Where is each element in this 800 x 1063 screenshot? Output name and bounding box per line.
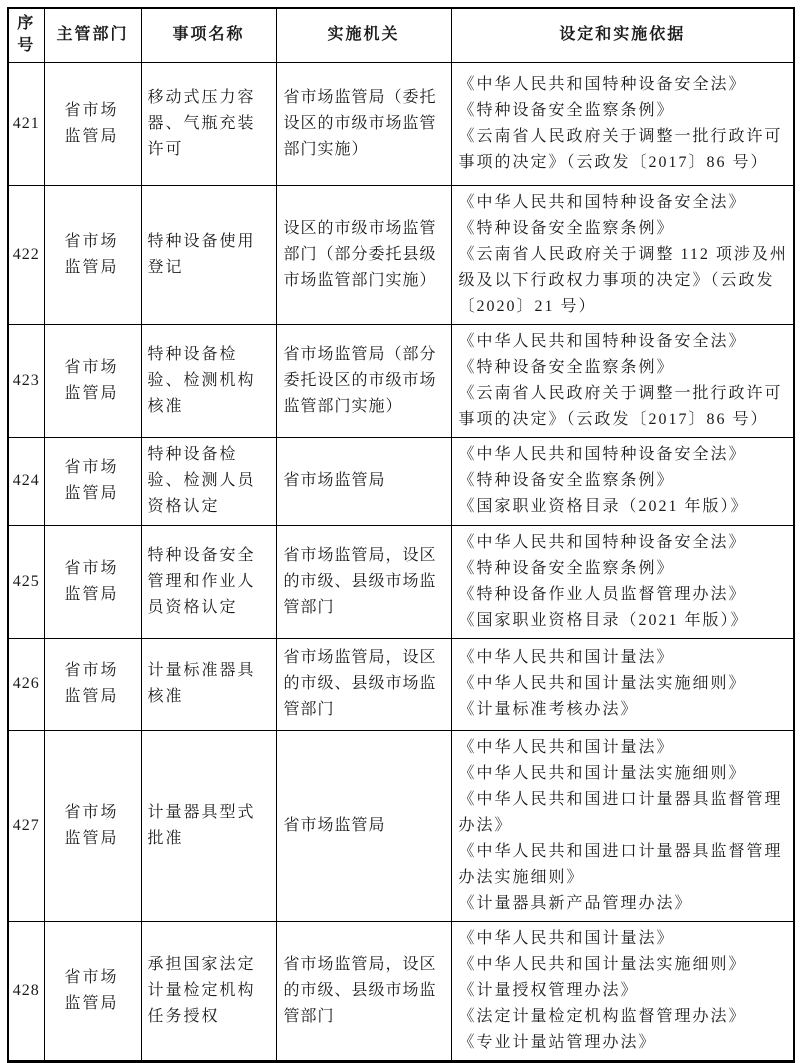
basis-line: 《法定计量检定机构监督管理办法》	[459, 1004, 790, 1030]
table-row: 426 省市场监管局 计量标准器具核准 省市场监管局，设区的市级、县级市场监管部…	[8, 638, 794, 730]
serial-number-cell: 428	[8, 921, 44, 1061]
basis-line: 《中华人民共和国计量法》	[459, 735, 790, 761]
department-text: 省市场监管局	[65, 556, 121, 608]
agency-cell: 设区的市级市场监管部门（部分委托县级市场监管部门实施）	[276, 185, 451, 324]
table-row: 422 省市场监管局 特种设备使用登记 设区的市级市场监管部门（部分委托县级市场…	[8, 185, 794, 324]
basis-cell: 《中华人民共和国计量法》《中华人民共和国计量法实施细则》《计量标准考核办法》	[451, 638, 794, 730]
department-cell: 省市场监管局	[44, 437, 141, 525]
basis-line: 《中华人民共和国进口计量器具监督管理办法》	[459, 787, 790, 839]
basis-line: 《国家职业资格目录（2021 年版）》	[459, 608, 790, 634]
basis-line: 《计量标准考核办法》	[459, 697, 790, 723]
department-cell: 省市场监管局	[44, 185, 141, 324]
item-name-cell: 特种设备检验、检测人员资格认定	[141, 437, 276, 525]
basis-line: 《中华人民共和国计量法》	[459, 926, 790, 952]
basis-line: 《特种设备安全监察条例》	[459, 556, 790, 582]
header-implementing-agency: 实施机关	[276, 8, 451, 62]
basis-line: 《中华人民共和国计量法实施细则》	[459, 952, 790, 978]
document-page: 序号 主管部门 事项名称 实施机关 设定和实施依据 421 省市场监管局 移动式…	[0, 0, 800, 1046]
department-cell: 省市场监管局	[44, 525, 141, 638]
serial-number-cell: 425	[8, 525, 44, 638]
table-row: 427 省市场监管局 计量器具型式批准 省市场监管局 《中华人民共和国计量法》《…	[8, 730, 794, 921]
basis-line: 《特种设备安全监察条例》	[459, 355, 790, 381]
agency-cell: 省市场监管局，设区的市级、县级市场监管部门	[276, 638, 451, 730]
department-text: 省市场监管局	[65, 658, 121, 710]
agency-cell: 省市场监管局（部分委托设区的市级市场监管部门实施）	[276, 324, 451, 437]
basis-line: 《中华人民共和国计量法实施细则》	[459, 761, 790, 787]
header-item-name: 事项名称	[141, 8, 276, 62]
department-text: 省市场监管局	[65, 965, 121, 1017]
serial-number-cell: 427	[8, 730, 44, 921]
basis-line: 《云南省人民政府关于调整一批行政许可事项的决定》（云政发〔2017〕86 号）	[459, 381, 790, 433]
department-cell: 省市场监管局	[44, 62, 141, 185]
header-serial-number: 序号	[8, 8, 44, 62]
department-text: 省市场监管局	[65, 98, 121, 150]
table-header: 序号 主管部门 事项名称 实施机关 设定和实施依据	[8, 8, 794, 62]
basis-line: 《计量授权管理办法》	[459, 978, 790, 1004]
header-legal-basis: 设定和实施依据	[451, 8, 794, 62]
basis-line: 《特种设备安全监察条例》	[459, 468, 790, 494]
item-name-cell: 移动式压力容器、气瓶充装许可	[141, 62, 276, 185]
basis-line: 《中华人民共和国计量法实施细则》	[459, 671, 790, 697]
basis-line: 《特种设备作业人员监督管理办法》	[459, 582, 790, 608]
department-text: 省市场监管局	[65, 229, 121, 281]
item-name-cell: 计量标准器具核准	[141, 638, 276, 730]
basis-cell: 《中华人民共和国特种设备安全法》《特种设备安全监察条例》《云南省人民政府关于调整…	[451, 324, 794, 437]
header-competent-department: 主管部门	[44, 8, 141, 62]
basis-line: 《中华人民共和国进口计量器具监督管理办法实施细则》	[459, 839, 790, 891]
basis-line: 《中华人民共和国特种设备安全法》	[459, 442, 790, 468]
agency-cell: 省市场监管局	[276, 730, 451, 921]
basis-line: 《国家职业资格目录（2021 年版）》	[459, 494, 790, 520]
agency-cell: 省市场监管局（委托设区的市级市场监管部门实施）	[276, 62, 451, 185]
table-row: 428 省市场监管局 承担国家法定计量检定机构任务授权 省市场监管局，设区的市级…	[8, 921, 794, 1061]
basis-line: 《中华人民共和国计量法》	[459, 645, 790, 671]
serial-number-cell: 421	[8, 62, 44, 185]
serial-number-cell: 426	[8, 638, 44, 730]
basis-cell: 《中华人民共和国特种设备安全法》《特种设备安全监察条例》《特种设备作业人员监督管…	[451, 525, 794, 638]
agency-cell: 省市场监管局，设区的市级、县级市场监管部门	[276, 921, 451, 1061]
table-row: 425 省市场监管局 特种设备安全管理和作业人员资格认定 省市场监管局，设区的市…	[8, 525, 794, 638]
header-row: 序号 主管部门 事项名称 实施机关 设定和实施依据	[8, 8, 794, 62]
department-text: 省市场监管局	[65, 800, 121, 852]
table-row: 423 省市场监管局 特种设备检验、检测机构核准 省市场监管局（部分委托设区的市…	[8, 324, 794, 437]
basis-line: 《云南省人民政府关于调整一批行政许可事项的决定》（云政发〔2017〕86 号）	[459, 124, 790, 176]
agency-cell: 省市场监管局	[276, 437, 451, 525]
basis-cell: 《中华人民共和国计量法》《中华人民共和国计量法实施细则》《计量授权管理办法》《法…	[451, 921, 794, 1061]
basis-cell: 《中华人民共和国特种设备安全法》《特种设备安全监察条例》《云南省人民政府关于调整…	[451, 62, 794, 185]
table-row: 421 省市场监管局 移动式压力容器、气瓶充装许可 省市场监管局（委托设区的市级…	[8, 62, 794, 185]
basis-line: 《中华人民共和国特种设备安全法》	[459, 530, 790, 556]
basis-cell: 《中华人民共和国计量法》《中华人民共和国计量法实施细则》《中华人民共和国进口计量…	[451, 730, 794, 921]
table-row: 424 省市场监管局 特种设备检验、检测人员资格认定 省市场监管局 《中华人民共…	[8, 437, 794, 525]
serial-number-cell: 423	[8, 324, 44, 437]
basis-line: 《专业计量站管理办法》	[459, 1030, 790, 1056]
department-cell: 省市场监管局	[44, 324, 141, 437]
basis-line: 《特种设备安全监察条例》	[459, 216, 790, 242]
department-cell: 省市场监管局	[44, 921, 141, 1061]
table-body: 421 省市场监管局 移动式压力容器、气瓶充装许可 省市场监管局（委托设区的市级…	[8, 62, 794, 1061]
basis-line: 《云南省人民政府关于调整 112 项涉及州级及以下行政权力事项的决定》（云政发〔…	[459, 242, 790, 320]
item-name-cell: 计量器具型式批准	[141, 730, 276, 921]
item-name-cell: 特种设备安全管理和作业人员资格认定	[141, 525, 276, 638]
serial-number-cell: 422	[8, 185, 44, 324]
basis-line: 《中华人民共和国特种设备安全法》	[459, 72, 790, 98]
basis-line: 《计量器具新产品管理办法》	[459, 891, 790, 917]
department-cell: 省市场监管局	[44, 730, 141, 921]
basis-line: 《特种设备安全监察条例》	[459, 98, 790, 124]
admin-items-table: 序号 主管部门 事项名称 实施机关 设定和实施依据 421 省市场监管局 移动式…	[7, 7, 795, 1063]
basis-cell: 《中华人民共和国特种设备安全法》《特种设备安全监察条例》《国家职业资格目录（20…	[451, 437, 794, 525]
department-text: 省市场监管局	[65, 355, 121, 407]
item-name-cell: 特种设备使用登记	[141, 185, 276, 324]
department-cell: 省市场监管局	[44, 638, 141, 730]
item-name-cell: 承担国家法定计量检定机构任务授权	[141, 921, 276, 1061]
agency-cell: 省市场监管局，设区的市级、县级市场监管部门	[276, 525, 451, 638]
basis-cell: 《中华人民共和国特种设备安全法》《特种设备安全监察条例》《云南省人民政府关于调整…	[451, 185, 794, 324]
item-name-cell: 特种设备检验、检测机构核准	[141, 324, 276, 437]
basis-line: 《中华人民共和国特种设备安全法》	[459, 329, 790, 355]
basis-line: 《中华人民共和国特种设备安全法》	[459, 190, 790, 216]
serial-number-cell: 424	[8, 437, 44, 525]
department-text: 省市场监管局	[65, 455, 121, 507]
